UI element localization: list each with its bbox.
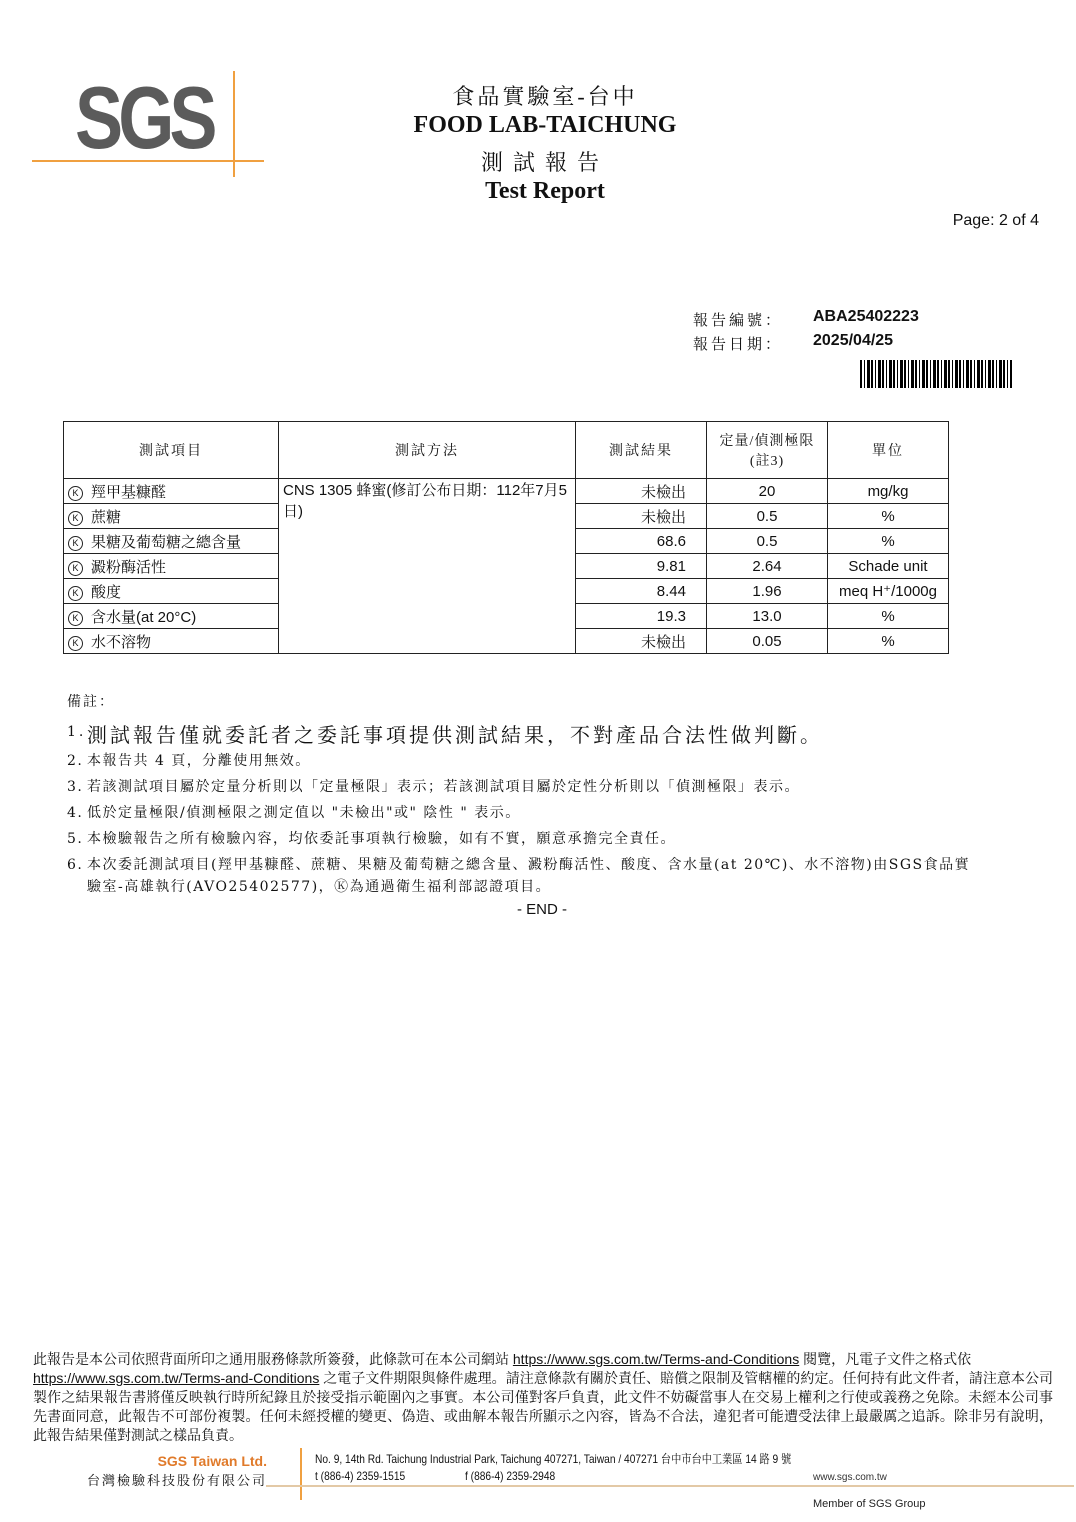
test-result: 未檢出 [576,504,707,529]
test-method: CNS 1305 蜂蜜(修訂公布日期：112年7月5日) [279,479,576,654]
terms-link[interactable]: https://www.sgs.com.tw/Terms-and-Conditi… [33,1370,319,1386]
company-name-en: SGS Taiwan Ltd. [158,1453,267,1469]
lab-name-en: FOOD LAB-TAICHUNG [0,112,1076,139]
header-unit: 單位 [828,422,949,479]
test-limit: 20 [707,479,828,504]
note-item: 5.本檢驗報告之所有檢驗內容，均依委託事項執行檢驗，如有不實，願意承擔完全責任。 [67,828,676,848]
report-number-value: ABA25402223 [813,308,919,326]
note-item: 1.測試報告僅就委託者之委託事項提供測試結果，不對產品合法性做判斷。 [67,719,823,748]
header-test-result: 測試結果 [576,422,707,479]
k-accreditation-icon: K [68,586,83,601]
test-item: 含水量(at 20°C) [91,609,196,626]
k-accreditation-icon: K [68,611,83,626]
test-result: 8.44 [576,579,707,604]
test-item: 澱粉酶活性 [91,559,166,576]
k-accreditation-icon: K [68,486,83,501]
footer-vertical-rule [300,1448,302,1500]
test-item: 果糖及葡萄糖之總含量 [91,534,241,551]
test-limit: 1.96 [707,579,828,604]
terms-link[interactable]: https://www.sgs.com.tw/Terms-and-Conditi… [513,1351,799,1367]
company-name-cn: 台灣檢驗科技股份有限公司 [87,1470,267,1489]
company-address: No. 9, 14th Rd. Taichung Industrial Park… [315,1450,791,1467]
k-accreditation-icon: K [68,561,83,576]
test-result: 9.81 [576,554,707,579]
header-test-method: 測試方法 [279,422,576,479]
report-date-label: 報告日期： [693,333,783,354]
test-result: 未檢出 [576,479,707,504]
doc-type-en: Test Report [0,178,1076,205]
note-item: 3.若該測試項目屬於定量分析則以「定量極限」表示；若該測試項目屬於定性分析則以「… [67,776,800,796]
test-unit: Schade unit [828,554,949,579]
note-item: 2.本報告共 4 頁，分離使用無效。 [67,750,311,770]
k-accreditation-icon: K [68,636,83,651]
disclaimer: 此報告是本公司依照背面所印之通用服務條款所簽發，此條款可在本公司網站 https… [33,1350,1053,1445]
test-unit: % [828,604,949,629]
doc-type-cn: 測試報告 [0,146,1076,177]
end-marker: - END - [517,901,567,918]
k-accreditation-icon: K [68,511,83,526]
table-header-row: 測試項目 測試方法 測試結果 定量/偵測極限(註3) 單位 [64,422,949,479]
test-unit: mg/kg [828,479,949,504]
test-item: 羥甲基糠醛 [91,484,166,501]
company-fax: f (886-4) 2359-2948 [465,1469,555,1483]
test-result: 未檢出 [576,629,707,654]
test-limit: 0.05 [707,629,828,654]
note-item: 6.本次委託測試項目(羥甲基糠醛、蔗糖、果糖及葡萄糖之總含量、澱粉酶活性、酸度、… [67,854,970,874]
company-website[interactable]: www.sgs.com.tw [813,1472,887,1483]
test-limit: 2.64 [707,554,828,579]
report-number-label: 報告編號： [693,309,783,330]
test-item: 蔗糖 [91,509,121,526]
member-of-sgs-group: Member of SGS Group [813,1498,926,1510]
test-result: 19.3 [576,604,707,629]
test-limit: 13.0 [707,604,828,629]
test-unit: meq H⁺/1000g [828,579,949,604]
test-unit: % [828,629,949,654]
page-number: Page: 2 of 4 [953,212,1039,230]
test-unit: % [828,504,949,529]
barcode [860,360,1012,388]
footer-horizontal-rule [266,1485,1074,1487]
note-item-continuation: 驗室-高雄執行(AVO25402577)，Ⓚ為通過衛生福利部認證項目。 [87,876,551,896]
header-test-item: 測試項目 [64,422,279,479]
results-table: 測試項目 測試方法 測試結果 定量/偵測極限(註3) 單位 K羥甲基糠醛 CNS… [63,421,949,654]
lab-name-cn: 食品實驗室-台中 [0,80,1076,111]
notes-title: 備註： [67,691,115,711]
k-accreditation-icon: K [68,536,83,551]
header-limit: 定量/偵測極限(註3) [707,422,828,479]
note-item: 4.低於定量極限/偵測極限之測定值以 "未檢出"或" 陰性 " 表示。 [67,802,521,822]
report-date-value: 2025/04/25 [813,332,893,350]
table-row: K羥甲基糠醛 CNS 1305 蜂蜜(修訂公布日期：112年7月5日) 未檢出 … [64,479,949,504]
company-phone: t (886-4) 2359-1515 [315,1469,405,1483]
test-item: 酸度 [91,584,121,601]
test-limit: 0.5 [707,504,828,529]
test-limit: 0.5 [707,529,828,554]
test-unit: % [828,529,949,554]
test-item: 水不溶物 [91,634,151,651]
test-result: 68.6 [576,529,707,554]
